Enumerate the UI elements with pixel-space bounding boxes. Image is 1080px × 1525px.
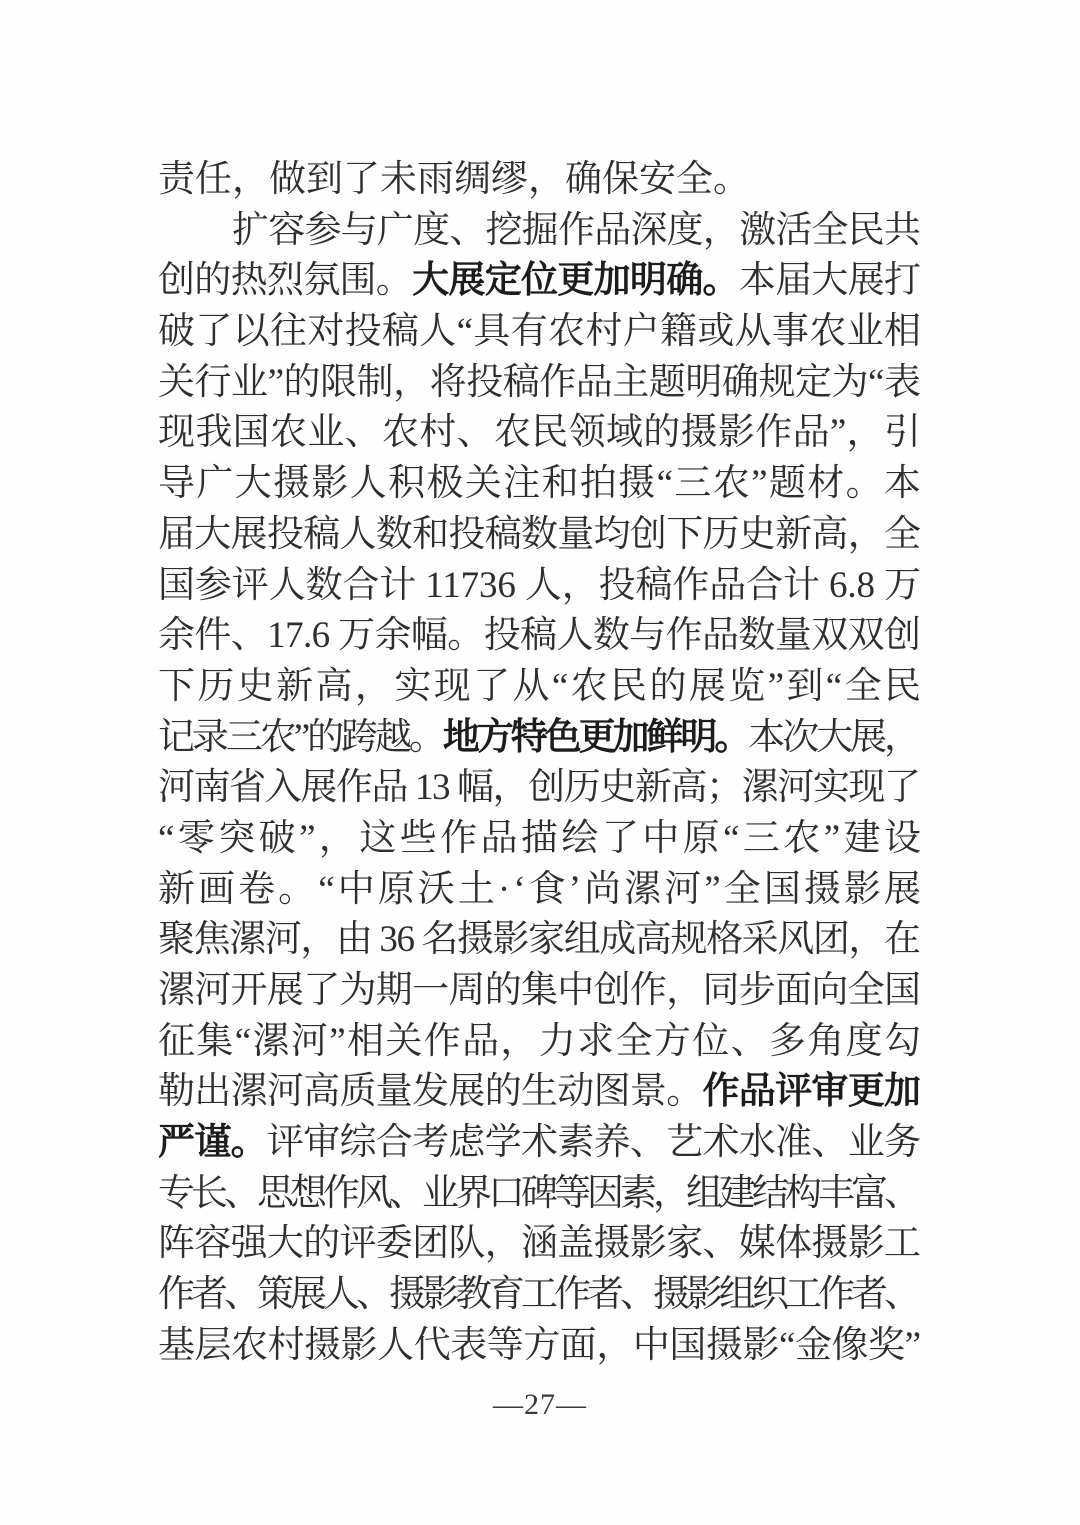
body-text: 本届大展打 — [739, 260, 921, 301]
text-line: 专长、思想作风、业界口碑等因素，组建结构丰富、 — [158, 1169, 921, 1220]
body-text: 关行业”的限制，将投稿作品主题明确规定为“表 — [158, 362, 921, 403]
text-line: “零突破”，这些作品描绘了中原“三农”建设 — [158, 814, 921, 865]
body-text: 征集“漯河”相关作品，力求全方位、多角度勾 — [158, 1021, 922, 1062]
body-text: 余件、17.6 万余幅。投稿人数与作品数量双双创 — [158, 615, 920, 656]
body-text: 本次大展， — [748, 717, 918, 758]
body-text: 漯河开展了为期一周的集中创作，同步面向全国 — [158, 970, 920, 1011]
text-line: 现我国农业、农村、农民领域的摄影作品”，引 — [158, 408, 921, 459]
body-text: 作者、策展人、摄影教育工作者、摄影组织工作者、 — [158, 1274, 917, 1315]
body-text: 聚焦漯河，由 36 名摄影家组成高规格采风团，在 — [158, 919, 920, 960]
body-text: 记录三农”的跨越。 — [158, 717, 443, 758]
text-line: 河南省入展作品 13 幅，创历史新高；漯河实现了 — [158, 763, 921, 814]
body-text: 基层农村摄影人代表等方面，中国摄影“金像奖” — [158, 1325, 921, 1366]
document-text-block: 责任，做到了未雨绸缪，确保安全。扩容参与广度、挖掘作品深度，激活全民共创的热烈氛… — [158, 155, 921, 1372]
body-text: 导广大摄影人积极关注和拍摄“三农”题材。本 — [158, 463, 922, 504]
body-text: 阵容强大的评委团队，涵盖摄影家、媒体摄影工 — [158, 1223, 920, 1264]
body-text: 勒出漯河高质量发展的生动图景。 — [158, 1071, 703, 1112]
text-line: 严谨。评审综合考虑学术素养、艺术水准、业务 — [158, 1118, 921, 1169]
text-line: 下历史新高，实现了从“农民的展览”到“全民 — [158, 662, 921, 713]
body-text: 下历史新高，实现了从“农民的展览”到“全民 — [158, 666, 923, 707]
text-line: 责任，做到了未雨绸缪，确保安全。 — [158, 155, 921, 206]
body-text: 届大展投稿人数和投稿数量均创下历史新高，全 — [158, 514, 920, 555]
text-line: 关行业”的限制，将投稿作品主题明确规定为“表 — [158, 358, 921, 409]
emphasis-text: 地方特色更加鲜明。 — [443, 717, 748, 758]
body-text: 破了以往对投稿人“具有农村户籍或从事农业相 — [158, 311, 921, 352]
body-text: 扩容参与广度、挖掘作品深度，激活全民共 — [232, 210, 920, 251]
text-line: 新画卷。“中原沃土·‘食’尚漯河”全国摄影展 — [158, 865, 921, 916]
body-text: “零突破”，这些作品描绘了中原“三农”建设 — [158, 818, 924, 859]
body-text: 新画卷。“中原沃土·‘食’尚漯河”全国摄影展 — [158, 869, 924, 910]
text-line: 扩容参与广度、挖掘作品深度，激活全民共 — [158, 206, 921, 257]
text-line: 聚焦漯河，由 36 名摄影家组成高规格采风团，在 — [158, 915, 921, 966]
body-text: 评审综合考虑学术素养、艺术水准、业务 — [267, 1122, 920, 1163]
body-text: 专长、思想作风、业界口碑等因素，组建结构丰富、 — [158, 1173, 917, 1214]
body-text: 创的热烈氛围。 — [158, 260, 412, 301]
text-line: 国参评人数合计 11736 人，投稿作品合计 6.8 万 — [158, 561, 921, 612]
emphasis-text: 严谨。 — [158, 1122, 267, 1163]
document-page: 责任，做到了未雨绸缪，确保安全。扩容参与广度、挖掘作品深度，激活全民共创的热烈氛… — [0, 0, 1080, 1525]
body-text: 国参评人数合计 11736 人，投稿作品合计 6.8 万 — [158, 565, 921, 606]
text-line: 作者、策展人、摄影教育工作者、摄影组织工作者、 — [158, 1270, 921, 1321]
text-line: 漯河开展了为期一周的集中创作，同步面向全国 — [158, 966, 921, 1017]
page-number: —27— — [0, 1388, 1080, 1422]
body-text: 责任，做到了未雨绸缪，确保安全。 — [158, 159, 750, 200]
text-line: 导广大摄影人积极关注和拍摄“三农”题材。本 — [158, 459, 921, 510]
text-line: 余件、17.6 万余幅。投稿人数与作品数量双双创 — [158, 611, 921, 662]
text-line: 破了以往对投稿人“具有农村户籍或从事农业相 — [158, 307, 921, 358]
text-line: 基层农村摄影人代表等方面，中国摄影“金像奖” — [158, 1321, 921, 1372]
text-line: 勒出漯河高质量发展的生动图景。作品评审更加 — [158, 1067, 921, 1118]
emphasis-text: 大展定位更加明确。 — [412, 260, 739, 301]
text-line: 创的热烈氛围。大展定位更加明确。本届大展打 — [158, 256, 921, 307]
text-line: 征集“漯河”相关作品，力求全方位、多角度勾 — [158, 1017, 921, 1068]
body-text: 河南省入展作品 13 幅，创历史新高；漯河实现了 — [158, 767, 920, 808]
emphasis-text: 作品评审更加 — [703, 1071, 921, 1112]
text-line: 记录三农”的跨越。地方特色更加鲜明。本次大展， — [158, 713, 921, 764]
body-text: 现我国农业、农村、农民领域的摄影作品”，引 — [158, 412, 921, 453]
text-line: 阵容强大的评委团队，涵盖摄影家、媒体摄影工 — [158, 1219, 921, 1270]
text-line: 届大展投稿人数和投稿数量均创下历史新高，全 — [158, 510, 921, 561]
